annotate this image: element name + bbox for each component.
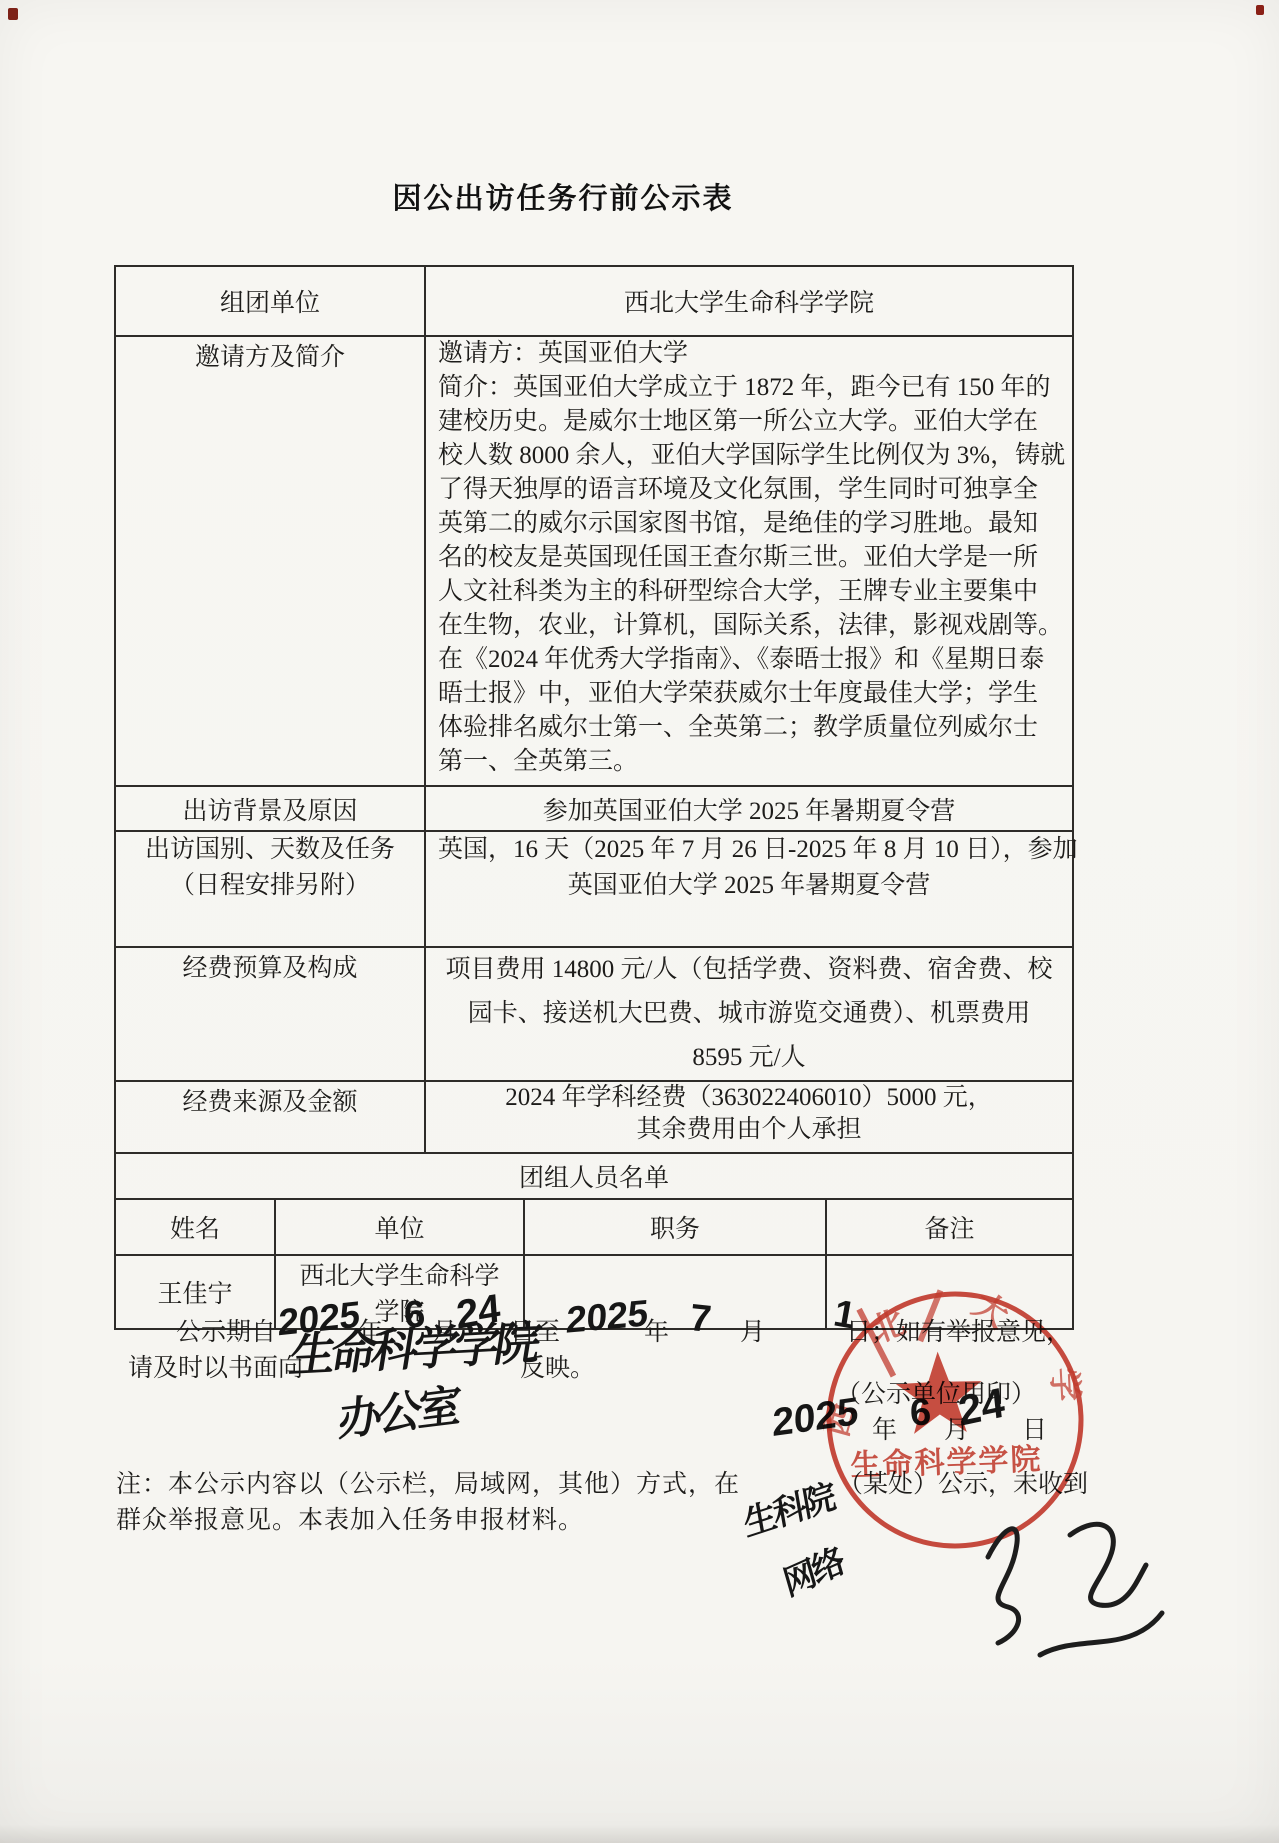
table-row: 经费来源及金额 2024 年学科经费（363022406010）5000 元， … (115, 1081, 1073, 1153)
group-list-title: 团组人员名单 (115, 1153, 1073, 1199)
publicity-prefix: 公示期自 (176, 1318, 276, 1348)
seal-star-icon (895, 1350, 983, 1434)
col-header-duty: 职务 (524, 1199, 826, 1255)
seal-unit-text: 生命科学学院 (850, 1442, 1043, 1483)
row-value-funding: 2024 年学科经费（363022406010）5000 元， 其余费用由个人承… (425, 1081, 1073, 1153)
table-row: 邀请方及简介 邀请方：英国亚伯大学 简介：英国亚伯大学成立于 1872 年，距今… (115, 336, 1073, 786)
row-label-background: 出访背景及原因 (115, 786, 425, 831)
row-label-budget: 经费预算及构成 (115, 947, 425, 1081)
publicity-month2-label: 月 (740, 1318, 765, 1348)
personnel-header-row: 姓名 单位 职务 备注 (115, 1199, 1073, 1255)
scanned-form-page: 因公出访任务行前公示表 组团单位 西北大学生命科学学院 邀请方及简介 邀请方：英… (0, 0, 1279, 1843)
page-title: 因公出访任务行前公示表 (84, 176, 1042, 217)
row-value-budget: 项目费用 14800 元/人（包括学费、资料费、宿舍费、校 园卡、接送机大巴费、… (425, 947, 1073, 1081)
col-header-note: 备注 (826, 1199, 1073, 1255)
note-line1-left: 注：本公示内容以（公示栏，局域网，其他）方式，在 (116, 1470, 740, 1500)
row-label-funding: 经费来源及金额 (115, 1081, 425, 1153)
scan-artifact (8, 8, 18, 20)
row-label-organizer: 组团单位 (115, 266, 425, 336)
form-main-table: 组团单位 西北大学生命科学学院 邀请方及简介 邀请方：英国亚伯大学 简介：英国亚… (114, 265, 1074, 1200)
handwritten-publish-location: 生科院 (741, 1480, 835, 1543)
col-header-name: 姓名 (115, 1199, 275, 1255)
table-row: 经费预算及构成 项目费用 14800 元/人（包括学费、资料费、宿舍费、校 园卡… (115, 947, 1073, 1081)
table-row: 出访国别、天数及任务 （日程安排另附） 英国，16 天（2025 年 7 月 2… (115, 831, 1073, 947)
form-table: 组团单位 西北大学生命科学学院 邀请方及简介 邀请方：英国亚伯大学 简介：英国亚… (114, 265, 1072, 1330)
handwritten-report-to-office: 办公室 (337, 1384, 458, 1443)
table-row: 团组人员名单 (115, 1153, 1073, 1199)
row-value-inviter: 邀请方：英国亚伯大学 简介：英国亚伯大学成立于 1872 年，距今已有 150 … (425, 336, 1073, 786)
row-label-inviter: 邀请方及简介 (115, 336, 425, 786)
table-row: 出访背景及原因 参加英国亚伯大学 2025 年暑期夏令营 (115, 786, 1073, 831)
note-line2: 群众举报意见。本表加入任务申报材料。 (116, 1506, 584, 1536)
handwritten-report-to: 生命科学学院 (286, 1319, 539, 1378)
table-row: 组团单位 西北大学生命科学学院 (115, 266, 1073, 336)
row-value-organizer: 西北大学生命科学学院 (425, 266, 1073, 336)
row-value-background: 参加英国亚伯大学 2025 年暑期夏令营 (425, 786, 1073, 831)
row-label-destination: 出访国别、天数及任务 （日程安排另附） (115, 831, 425, 947)
scan-artifact (1256, 5, 1264, 15)
publicity-line2-prefix: 请及时以书面向 (128, 1354, 303, 1384)
handwritten-signature (950, 1505, 1180, 1695)
publicity-year2-label: 年 (644, 1318, 669, 1348)
col-header-unit: 单位 (275, 1199, 524, 1255)
handwritten-end-year: 2025 (565, 1294, 649, 1338)
handwritten-end-month: 7 (688, 1299, 713, 1339)
row-value-destination: 英国，16 天（2025 年 7 月 26 日-2025 年 8 月 10 日）… (425, 831, 1073, 947)
